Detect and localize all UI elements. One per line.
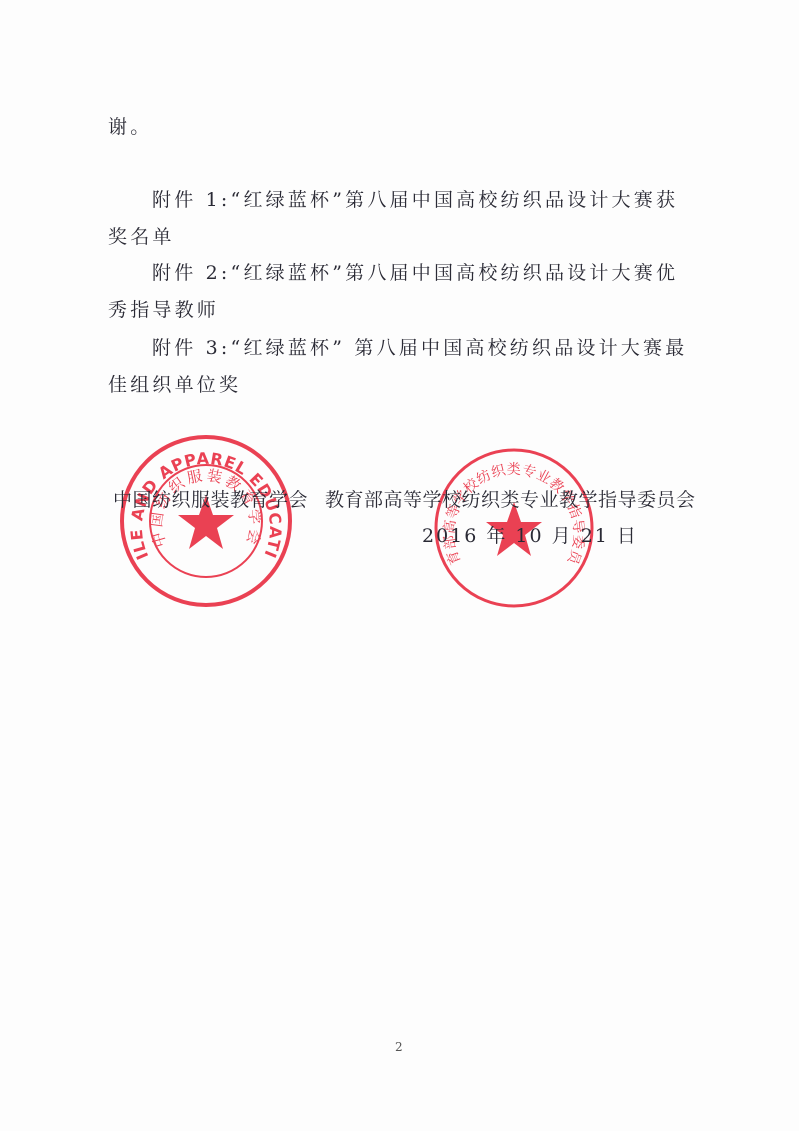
- attachment-3-line-1: 附件 3:“红绿蓝杯” 第八届中国高校纺织品设计大赛最: [152, 336, 687, 360]
- attachment-2-line-2: 秀指导教师: [108, 298, 219, 322]
- body-line-thanks: 谢。: [108, 115, 152, 139]
- document-page: 谢。 附件 1:“红绿蓝杯”第八届中国高校纺织品设计大赛获 奖名单 附件 2:“…: [0, 0, 799, 1131]
- seal-stamp-left: CHINA TEXTILE AND APPAREL EDUCATION SOCI…: [118, 433, 294, 609]
- signature-org-1: 中国纺织服装教育学会: [113, 488, 308, 512]
- signature-org-2: 教育部高等学校纺织类专业教学指导委员会: [325, 488, 696, 512]
- attachment-1-line-2: 奖名单: [108, 225, 175, 249]
- signature-date: 2016 年 10 月 21 日: [422, 524, 638, 548]
- attachment-1-line-1: 附件 1:“红绿蓝杯”第八届中国高校纺织品设计大赛获: [152, 188, 678, 212]
- attachment-3-line-2: 佳组织单位奖: [108, 373, 241, 397]
- page-number: 2: [395, 1040, 403, 1054]
- attachment-2-line-1: 附件 2:“红绿蓝杯”第八届中国高校纺织品设计大赛优: [152, 261, 678, 285]
